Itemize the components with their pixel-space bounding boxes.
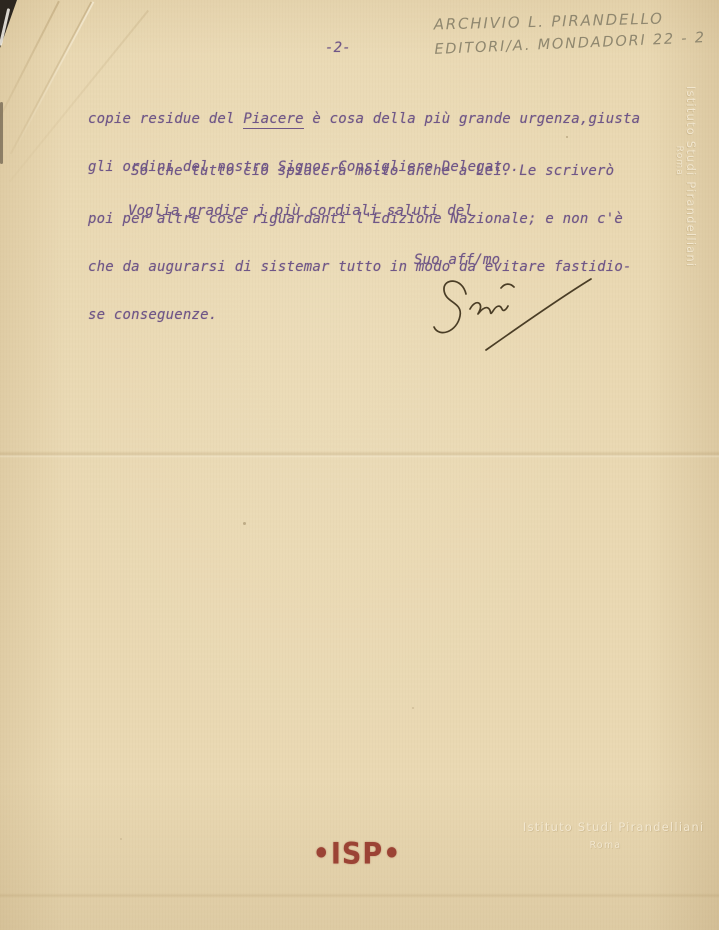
signature-letters	[470, 303, 508, 314]
scanned-letter-page: ARCHIVIO L. PIRANDELLO EDITORI/A. MONDAD…	[0, 0, 719, 930]
paragraph-1-line-1: copie residue del Piacere è cosa della p…	[88, 111, 640, 127]
embossed-stamp-bottom: Istituto Studi Pirandelliani Roma	[523, 820, 688, 852]
paragraph-1-text: è cosa della più grande urgenza,giusta	[304, 111, 641, 127]
paper-speck	[243, 522, 246, 525]
embossed-stamp-side: Istituto Studi Pirandelliani Roma	[673, 86, 697, 236]
signature-strokes	[408, 268, 608, 358]
valediction: Suo aff/mo	[414, 252, 500, 268]
archive-annotation: ARCHIVIO L. PIRANDELLO EDITORI/A. MONDAD…	[433, 7, 706, 57]
embossed-stamp-side-subtext: Roma	[673, 86, 684, 236]
paragraph-1-text: copie residue del	[88, 111, 243, 127]
embossed-stamp-bottom-subtext: Roma	[523, 840, 688, 852]
lower-fold-crease	[0, 893, 719, 898]
paragraph-2-line-1: So che tutto ciò spiacerà molto anche a …	[88, 163, 632, 179]
signature-accent	[501, 284, 514, 288]
horizontal-fold-crease	[0, 451, 719, 458]
isp-stamp: •ISP•	[297, 839, 417, 871]
handwritten-signature	[408, 268, 608, 358]
underlined-title: Piacere	[243, 111, 303, 129]
embossed-stamp-side-text: Istituto Studi Pirandelliani	[684, 86, 697, 236]
paper-speck	[412, 707, 414, 709]
embossed-stamp-bottom-text: Istituto Studi Pirandelliani	[523, 820, 688, 834]
paper-speck	[120, 838, 122, 840]
signature-initial	[434, 281, 466, 333]
signature-flourish	[486, 279, 591, 350]
page-number: -2-	[313, 40, 363, 56]
closing-line: Voglia gradire i più cordiali saluti del	[128, 203, 473, 219]
